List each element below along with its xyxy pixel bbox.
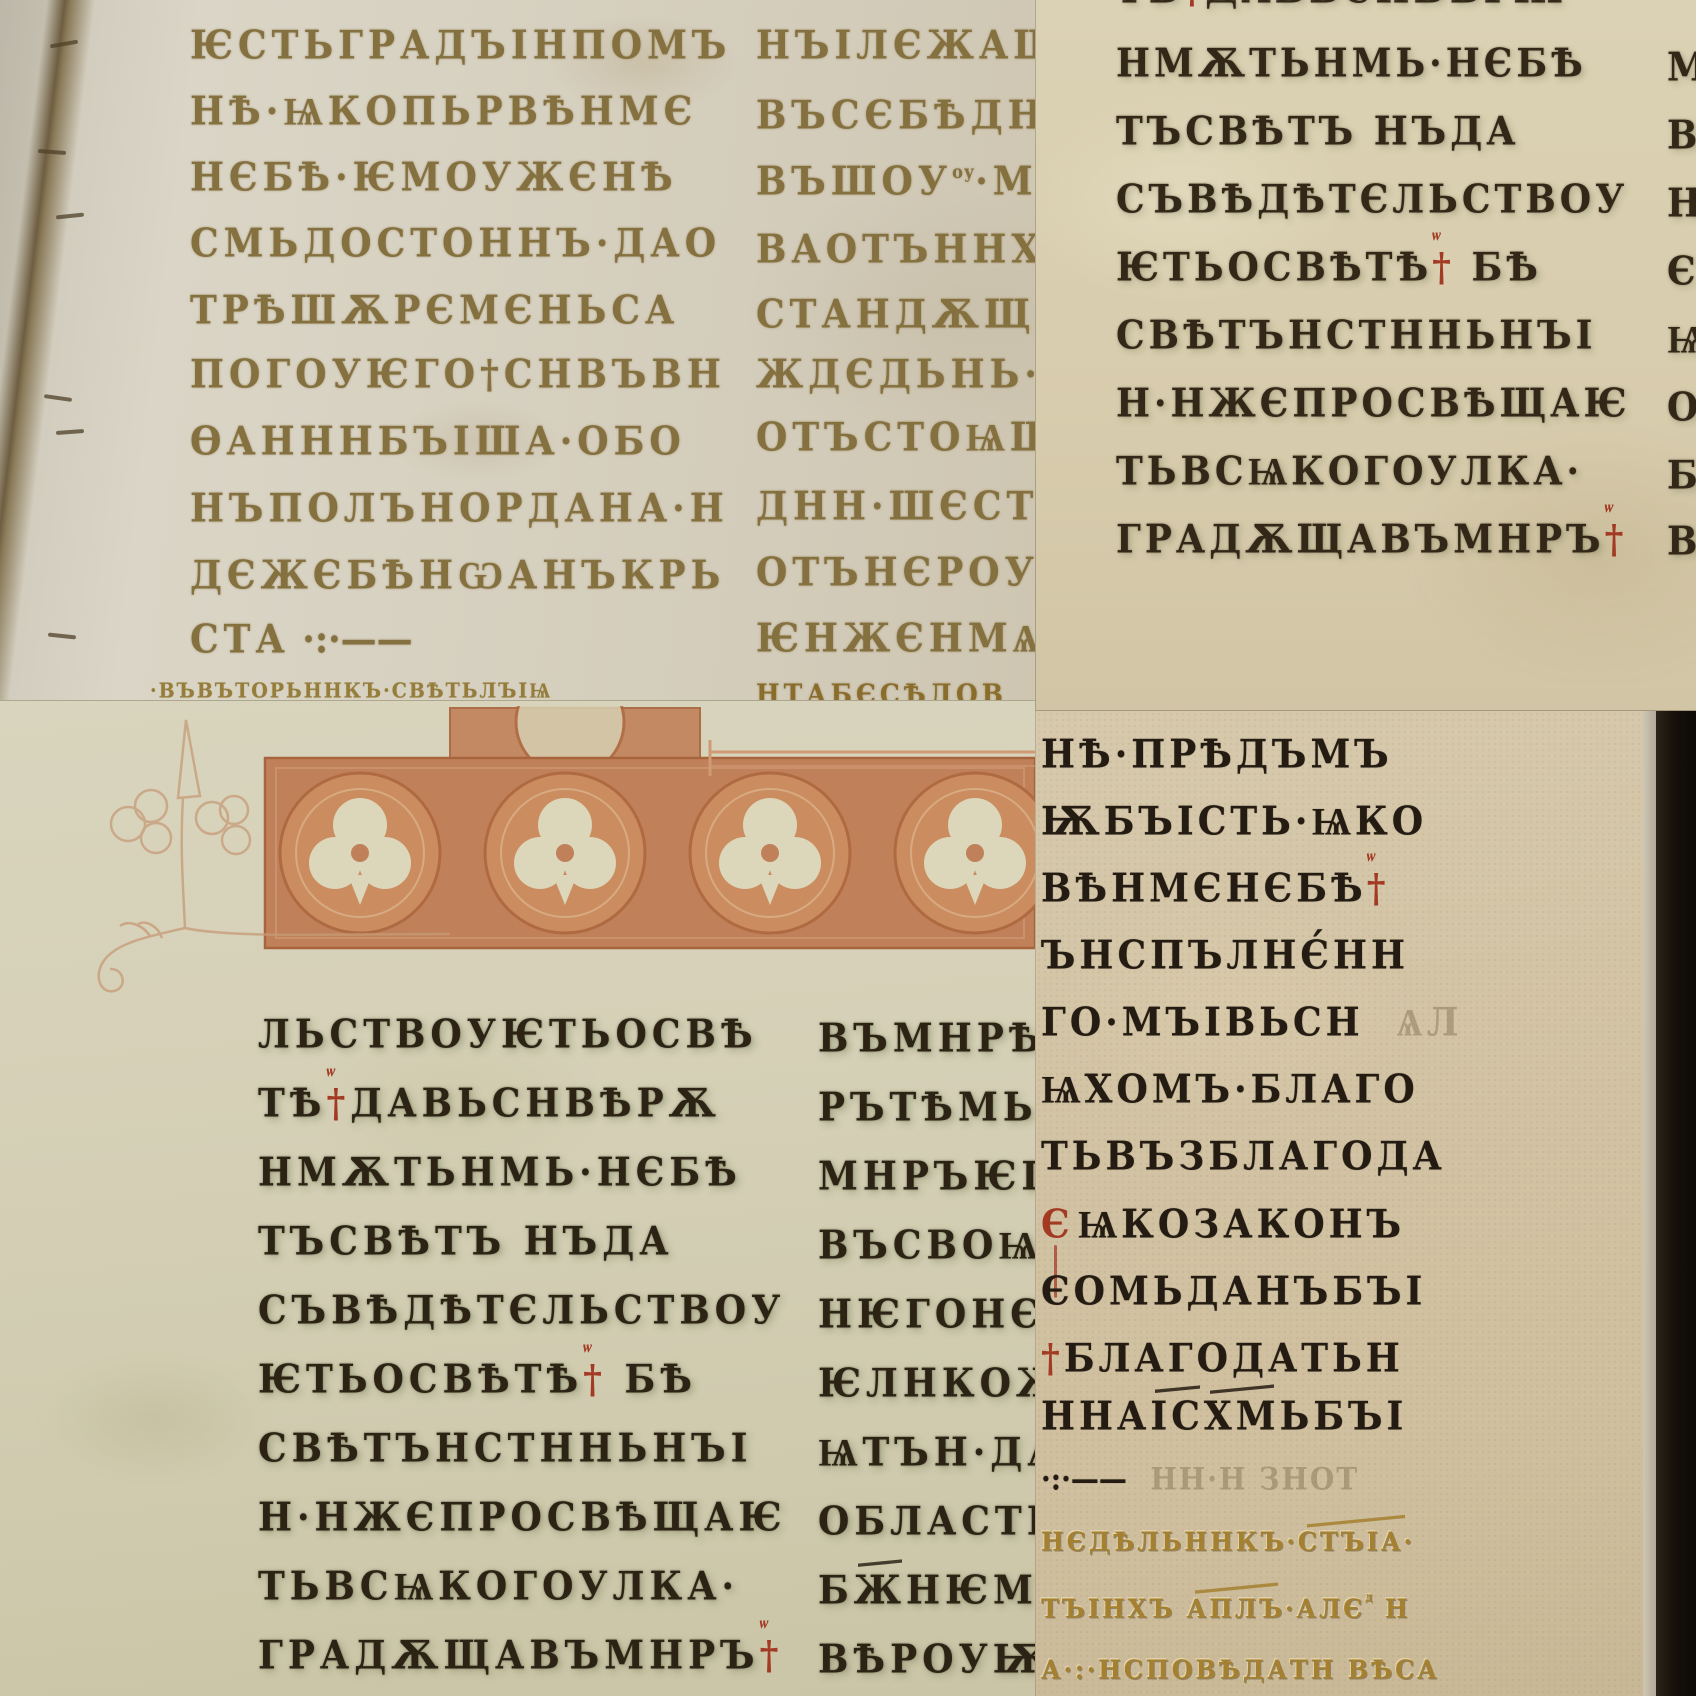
text-line: ВЪМНРѢ xyxy=(818,1015,1035,1061)
text-line: ТѢ†ДАВЬСНВѢРѪ xyxy=(1116,0,1566,12)
text-segment: оу xyxy=(952,161,975,182)
text-line: ТЬВЪЗБЛАГОДА xyxy=(1041,1133,1446,1179)
text-line: ѨХОМЪ·БЛАГО xyxy=(1041,1066,1419,1112)
text-segment: † xyxy=(1182,0,1205,12)
text-segment: Є xyxy=(1667,248,1696,294)
text-segment: У xyxy=(918,158,952,204)
text-segment: В xyxy=(1667,518,1696,564)
text-segment: ЬБЪІ xyxy=(1280,1393,1408,1439)
text-segment: ННА xyxy=(1041,1393,1150,1439)
text-segment: ѲАНННБЪІША·ОБО xyxy=(190,418,686,464)
text-segment: СВѢТЪНСТННЬНЪІ xyxy=(258,1425,752,1471)
superscript-mark: ѡ xyxy=(1367,846,1376,867)
text-line: ·ВЪВЪТОРЬННКЪ·СВѢТЬЛЪІѨ xyxy=(150,679,552,700)
text-segment: ѤСТЬГРАДЪІНПОМЪ xyxy=(190,22,731,68)
text-line: НѤГОНЄП xyxy=(818,1291,1035,1337)
text-segment: Н·НЖЄПРОСВѢЩАѤ xyxy=(1116,380,1631,426)
text-segment: †ѡ xyxy=(760,1632,784,1678)
photo-top-right-folio: ТѢ†ДАВЬСНВѢРѪНМѪТЬНМЬ·НЄБѢТЪСВѢТЪ НЪДАСЪ… xyxy=(1035,0,1696,710)
text-segment: СТАНДѪЩА xyxy=(756,291,1035,337)
text-line: НТАБЄСѢДОВ xyxy=(756,678,1007,700)
text-line: ТЬВСѨКОГОУЛКА· xyxy=(258,1563,739,1609)
text-line: БЖНѤМЪ xyxy=(818,1567,1035,1613)
text-segment: НСПОВѢДАТН ВѢСА xyxy=(1098,1653,1440,1685)
text-line: ЄОМЬДАНЪБЪІ xyxy=(1041,1268,1426,1314)
text-segment: СЪВѢДѢТЄЛЬСТВОУ xyxy=(1116,176,1628,222)
text-line: НЄДѢЛЬННКЪ·СТЪІА· xyxy=(1041,1525,1415,1557)
text-segment: ѤТЬОСВѢТѢ xyxy=(1116,244,1432,290)
text-segment: НН·Н ЗНОТ xyxy=(1127,1461,1359,1497)
text-segment: Н xyxy=(1373,1592,1410,1624)
text-segment: Б xyxy=(818,1567,854,1613)
text-segment: НЪПОЛЪНОРДАНА·Н xyxy=(190,485,729,531)
text-segment: ТЬВЪЗБЛАГОДА xyxy=(1041,1133,1446,1179)
photo-top-left-folio: ѤСТЬГРАДЪІНПОМЪНѢ·ѨКОПЬРВѢНМЄНЄБѢ·ѤМОУЖЄ… xyxy=(0,0,1035,700)
text-segment: ДЄЖЄБѢНѠАНЪКРЬ xyxy=(190,552,725,598)
text-line: ВѢРОУѬ xyxy=(818,1636,1035,1682)
text-segment: Є xyxy=(1041,1201,1074,1247)
text-line: НЪІЛЄЖАЩА xyxy=(756,22,1035,68)
photo-bottom-left-folio: ЛЬСТВОУѤТЬОСВѢТѢ†ѡДАВЬСНВѢРѪНМѪТЬНМЬ·НЄБ… xyxy=(0,700,1035,1696)
text-line: ТЬВСѨКОГОУЛКА· xyxy=(1116,448,1583,494)
superscript-mark: ѡ xyxy=(760,1613,769,1634)
text-segment: ·:·—— xyxy=(290,616,413,662)
text-segment: ВѢРОУѬ xyxy=(818,1636,1035,1682)
text-segment: ВЪМНРѢ xyxy=(818,1015,1035,1061)
text-line: ЄѨКОЗАКОНЪ xyxy=(1041,1201,1405,1247)
text-segment: ВѢНМЄНЄБѢ xyxy=(1041,865,1367,911)
text-line: ·:·—— НН·Н ЗНОТ xyxy=(1041,1461,1359,1497)
text-segment: ·ВЪВЪТОРЬННКЪ·СВѢТЬЛЪІѨ xyxy=(150,679,552,700)
text-line: ВѢНМЄНЄБѢ†ѡ xyxy=(1041,865,1390,911)
superscript-mark: ѡ xyxy=(1605,497,1614,518)
text-segment: ДАВЬСНВѢРѪ xyxy=(350,1080,721,1126)
text-line: ДНН·ШЄСТЬД xyxy=(756,483,1035,529)
text-segment: ЛЬСТВОУѤТЬОСВѢ xyxy=(258,1011,758,1057)
text-segment: НѢ·ѨКОПЬРВѢНМЄ xyxy=(190,88,697,134)
text-segment: ѨХОМЪ·БЛАГО xyxy=(1041,1066,1419,1112)
text-segment: СТЪІА· xyxy=(1298,1525,1415,1557)
text-line: ѬБЪІСТЬ·ѨКО xyxy=(1041,798,1427,844)
text-line: Н·НЖЄПРОСВѢЩАѤ xyxy=(1116,380,1631,426)
text-segment: НѢ·ПРѢДЪМЪ xyxy=(1041,731,1393,777)
text-line: В xyxy=(1667,112,1696,158)
text-segment: ТЪІНХЪ xyxy=(1041,1592,1187,1624)
text-segment: НѤГОНЄП xyxy=(818,1291,1035,1337)
text-line: ТЪСВѢТЪ НЪДА xyxy=(258,1218,674,1264)
text-segment: РЪТѢМЬ xyxy=(818,1084,1035,1130)
text-line: Ѩ xyxy=(1667,316,1696,362)
text-segment: А·:· xyxy=(1041,1653,1098,1685)
text-segment: ѬБЪІСТЬ·ѨКО xyxy=(1041,798,1427,844)
text-segment: † xyxy=(1041,1335,1064,1381)
text-line: ДЄЖЄБѢНѠАНЪКРЬ xyxy=(190,552,725,598)
text-segment: ·АЛЄ xyxy=(1285,1592,1365,1624)
text-segment: ХМ xyxy=(1204,1393,1280,1439)
text-line: НѢ·ѨКОПЬРВѢНМЄ xyxy=(190,88,697,134)
text-segment: д xyxy=(1365,1590,1373,1604)
text-segment: ѤНЖЄНМѦЄ xyxy=(756,615,1035,661)
text-segment: СВѢТЪНСТННЬНЪІ xyxy=(1116,312,1596,358)
text-segment: БЛАГОДАТЬН xyxy=(1064,1335,1404,1381)
text-line: ѤНЖЄНМѦЄ xyxy=(756,615,1035,661)
text-segment: ВЪШО xyxy=(756,158,918,204)
text-line: ВЪСВОѨП xyxy=(818,1222,1035,1268)
text-segment: ОБЛАСТЬУ xyxy=(818,1498,1035,1544)
manuscript-collage: ѤСТЬГРАДЪІНПОМЪНѢ·ѨКОПЬРВѢНМЄНЄБѢ·ѤМОУЖЄ… xyxy=(0,0,1696,1696)
text-line: ПОГОУѤГО†СНВЪВН xyxy=(190,351,726,397)
text-line: ГО·МЪІВЬСН ѦЛ xyxy=(1041,999,1463,1045)
text-segment: НМѪТЬНМЬ·НЄБѢ xyxy=(258,1149,742,1195)
text-segment: †ѡ xyxy=(583,1356,607,1402)
text-segment: О xyxy=(1667,384,1696,430)
text-line: ЖДЄДЬНЬ·В xyxy=(756,351,1035,397)
text-segment: М xyxy=(1667,44,1696,90)
text-segment: ЄОМЬДАНЪБЪІ xyxy=(1041,1268,1426,1314)
illuminated-headpiece-ornament xyxy=(50,706,1035,1016)
text-segment: СЪВѢДѢТЄЛЬСТВОУ xyxy=(258,1287,785,1333)
text-line: НЪПОЛЪНОРДАНА·Н xyxy=(190,485,729,531)
text-line: А·:·НСПОВѢДАТН ВѢСА xyxy=(1041,1653,1440,1685)
text-line: МНРЪѤГ xyxy=(818,1153,1035,1199)
text-line: СЪВѢДѢТЄЛЬСТВОУ xyxy=(1116,176,1628,222)
text-segment: БѢ xyxy=(1455,244,1542,290)
text-line: ЪНСПЪЛНЄ́НН xyxy=(1041,932,1409,978)
text-line: НЄБѢ·ѤМОУЖЄНѢ xyxy=(190,154,678,200)
text-line: ГРАДѪЩАВЪМНРЪ†ѡ xyxy=(258,1632,783,1678)
text-line: В xyxy=(1667,518,1696,564)
text-segment: ѤЛНКОЖЄ xyxy=(818,1360,1035,1406)
text-segment: СМЬДОСТОННЪ·ДАО xyxy=(190,220,721,266)
text-segment: ТЬВСѨКОГОУЛКА· xyxy=(1116,448,1583,494)
text-segment: МНРЪѤГ xyxy=(818,1153,1035,1199)
superscript-mark: ѡ xyxy=(583,1337,592,1358)
text-segment: ѦЛ xyxy=(1364,999,1463,1045)
text-line: СТА ·:·—— xyxy=(190,616,413,662)
text-line: ВЪСЄБѢДНВ xyxy=(756,92,1035,138)
text-segment: †ѡ xyxy=(1605,516,1628,562)
text-line: ѤЛНКОЖЄ† xyxy=(818,1360,1035,1406)
text-segment: ОТЪНЄРОУСА xyxy=(756,549,1035,595)
text-line: СЪВѢДѢТЄЛЬСТВОУ xyxy=(258,1287,785,1333)
text-segment: †ѡ xyxy=(1432,244,1455,290)
text-line: ТРѢШѪРЄМЄНЬСА xyxy=(190,287,679,333)
text-line: ѨТЪН·ДА xyxy=(818,1429,1035,1475)
text-line: РЪТѢМЬ xyxy=(818,1084,1035,1130)
superscript-mark: ѡ xyxy=(326,1061,335,1082)
text-segment: ДАВЬСНВѢРѪ xyxy=(1205,0,1566,12)
text-line: ТЪІНХЪ АПЛЪ·АЛЄд Н xyxy=(1041,1592,1411,1624)
text-line: ЛЬСТВОУѤТЬОСВѢ xyxy=(258,1011,758,1057)
text-segment: †ѡ xyxy=(326,1080,350,1126)
text-segment: ТРѢШѪРЄМЄНЬСА xyxy=(190,287,679,333)
text-segment: ·:·—— xyxy=(1041,1461,1127,1497)
text-segment: ѨКОЗАКОНЪ xyxy=(1078,1201,1405,1247)
text-line: ѤТЬОСВѢТѢ†ѡ БѢ xyxy=(1116,244,1542,290)
text-segment: ОТЪСТОѨЩА xyxy=(756,414,1035,460)
text-segment: АПЛЪ xyxy=(1187,1592,1285,1624)
text-segment: †ѡ xyxy=(1367,865,1390,911)
text-line: ѲАНННБЪІША·ОБО xyxy=(190,418,686,464)
text-segment: В xyxy=(1667,112,1696,158)
text-segment: СТА xyxy=(190,616,290,662)
text-segment: ПОГОУѤГО†СНВЪВН xyxy=(190,351,726,397)
text-segment: Ж xyxy=(854,1567,906,1613)
text-line: ТѢ†ѡДАВЬСНВѢРѪ xyxy=(258,1080,721,1126)
photo-bottom-right-folio: НѢ·ПРѢДЪМЪѬБЪІСТЬ·ѨКОВѢНМЄНЄБѢ†ѡЪНСПЪЛНЄ… xyxy=(1035,710,1696,1696)
text-segment: ЖДЄДЬНЬ·В xyxy=(756,351,1035,397)
text-segment: ѤТЬОСВѢТѢ xyxy=(258,1356,583,1402)
text-line: НМѪТЬНМЬ·НЄБѢ xyxy=(258,1149,742,1195)
text-segment: Н·НЖЄПРОСВѢЩАѤ xyxy=(258,1494,787,1540)
text-line: ВАОТЪННХ xyxy=(756,226,1035,272)
text-segment: НЄБѢ·ѤМОУЖЄНѢ xyxy=(190,154,678,200)
text-segment: ВЪСВОѨП xyxy=(818,1222,1035,1268)
book-page-edge xyxy=(1643,711,1656,1696)
superscript-mark: ѡ xyxy=(1432,225,1441,246)
text-line: Є xyxy=(1667,248,1696,294)
text-segment: НЪІЛЄЖАЩА xyxy=(756,22,1035,68)
text-line: ТЪСВѢТЪ НЪДА xyxy=(1116,108,1520,154)
text-segment: Б xyxy=(1667,452,1696,498)
black-backdrop xyxy=(1656,711,1696,1696)
text-line: †БЛАГОДАТЬН xyxy=(1041,1335,1404,1381)
text-line: ГРАДѪЩАВЪМНРЪ†ѡ xyxy=(1116,516,1627,562)
text-line: ОТЪНЄРОУСА xyxy=(756,549,1035,595)
text-line: Б xyxy=(1667,452,1696,498)
text-line: ННАІСХМЬБЪІ xyxy=(1041,1393,1407,1439)
text-segment: НѤМЪ xyxy=(906,1567,1035,1613)
text-segment: ВАОТЪННХ xyxy=(756,226,1035,272)
text-segment: ТѢ xyxy=(258,1080,326,1126)
text-segment: Ѩ xyxy=(1667,316,1696,362)
text-segment: ·МОУ† xyxy=(975,158,1035,204)
text-line: ѤСТЬГРАДЪІНПОМЪ xyxy=(190,22,731,68)
text-segment: ТЪСВѢТЪ НЪДА xyxy=(1116,108,1520,154)
text-line: НМѪТЬНМЬ·НЄБѢ xyxy=(1116,40,1587,86)
text-segment: ВЪСЄБѢДНВ xyxy=(756,92,1035,138)
text-line: СВѢТЪНСТННЬНЪІ xyxy=(1116,312,1596,358)
text-segment: ѨТЪН·ДА xyxy=(818,1429,1035,1475)
text-line: ѤТЬОСВѢТѢ†ѡ БѢ xyxy=(258,1356,697,1402)
text-line: СМЬДОСТОННЪ·ДАО xyxy=(190,220,721,266)
text-segment: ГРАДѪЩАВЪМНРЪ xyxy=(1116,516,1605,562)
text-line: ОБЛАСТЬУ xyxy=(818,1498,1035,1544)
text-line: СТАНДѪЩА xyxy=(756,291,1035,337)
text-line: ОТЪСТОѨЩА xyxy=(756,414,1035,460)
text-segment: ЪНСПЪЛНЄ́НН xyxy=(1041,932,1409,978)
text-line: СВѢТЪНСТННЬНЪІ xyxy=(258,1425,752,1471)
text-segment: ТѢ xyxy=(1116,0,1182,12)
text-line: ВЪШОУоу·МОУ† xyxy=(756,158,1035,204)
text-segment: Н xyxy=(1667,180,1696,226)
text-segment: НЄДѢЛЬННКЪ· xyxy=(1041,1525,1298,1557)
text-segment: ГРАДѪЩАВЪМНРЪ xyxy=(258,1632,760,1678)
text-line: Н xyxy=(1667,180,1696,226)
text-line: М xyxy=(1667,44,1696,90)
text-segment: НМѪТЬНМЬ·НЄБѢ xyxy=(1116,40,1587,86)
text-segment: ДНН·ШЄСТЬД xyxy=(756,483,1035,529)
text-line: НѢ·ПРѢДЪМЪ xyxy=(1041,731,1393,777)
text-segment: ТЪСВѢТЪ НЪДА xyxy=(258,1218,674,1264)
text-line: О xyxy=(1667,384,1696,430)
text-line: Н·НЖЄПРОСВѢЩАѤ xyxy=(258,1494,787,1540)
text-segment: НТАБЄСѢДОВ xyxy=(756,678,1007,700)
text-segment: ІС xyxy=(1150,1393,1204,1439)
text-segment: ГО·МЪІВЬСН xyxy=(1041,999,1364,1045)
text-segment: ТЬВСѨКОГОУЛКА· xyxy=(258,1563,739,1609)
text-segment: БѢ xyxy=(607,1356,697,1402)
